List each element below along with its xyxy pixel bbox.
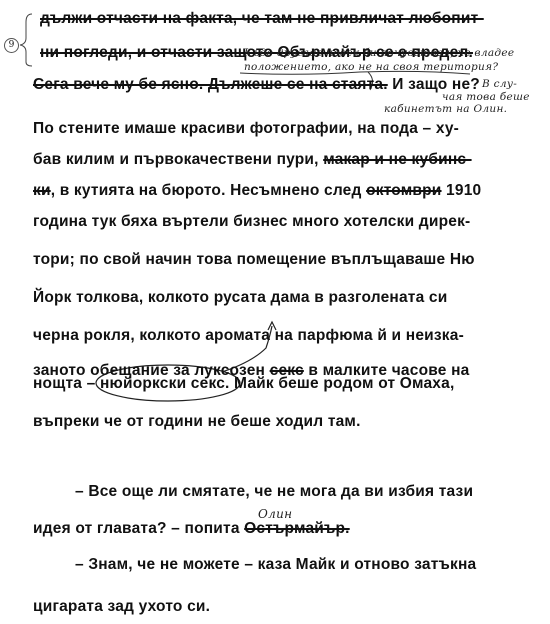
handwritten-note-2a: В слу- (482, 78, 517, 90)
handwritten-note-1b: положението, ако не на своя територия? (244, 61, 498, 73)
bracket-mark (20, 14, 32, 66)
kept-text: идея от главата? – попита (33, 520, 240, 537)
kept-text-2: . Майк беше родом от Омаха, (225, 375, 454, 392)
struck-text: ки (33, 182, 51, 199)
struck-text-2: октомври (366, 182, 441, 199)
struck-line-1: дължи отчасти на факта, че там не привли… (40, 10, 484, 28)
line-14: – Все още ли смятате, че не мога да ви и… (75, 483, 473, 501)
line-16: – Знам, че не можете – каза Майк и отнов… (75, 556, 476, 574)
line-8: тори; по свой начин това помещение въплъ… (33, 251, 475, 269)
line-15: идея от главата? – попита Остърмайър. (33, 520, 350, 538)
kept-text: бав килим и първокачествени пури, (33, 151, 319, 168)
line-3: Сега вече му бе ясно. Дължеше се на стая… (33, 76, 480, 94)
struck-text: Остърмайър. (244, 520, 350, 537)
line-12: нощта – нюйоркски секс. Майк беше родом … (33, 375, 454, 393)
line-10: черна рокля, колкото аромата на парфюма … (33, 327, 464, 345)
line-4: По стените имаше красиви фотографии, на … (33, 120, 459, 138)
line-7: година тук бяха въртели бизнес много хот… (33, 213, 470, 231)
struck-text: макар и не кубинс- (323, 151, 471, 168)
line-6: ки, в кутията на бюрото. Несъмнено след … (33, 182, 481, 200)
margin-number: 9 (4, 38, 19, 53)
handwritten-note-1a: Къде другаде човек би почувствал, че вла… (244, 47, 514, 59)
kept-text: нощта – (33, 375, 95, 392)
kept-text-2: 1910 (446, 182, 481, 199)
line-9: Йорк толкова, колкото русата дама в разг… (33, 289, 447, 307)
line-5: бав килим и първокачествени пури, макар … (33, 151, 472, 169)
line-13: въпреки че от години не беше ходил там. (33, 413, 361, 431)
struck-text: Сега вече му бе ясно. Дължеше се на стая… (33, 76, 388, 93)
kept-text: , в кутията на бюрото. Несъмнено след (51, 182, 362, 199)
circled-phrase: нюйоркски секс (100, 375, 225, 392)
handwritten-name-correction: Олин (258, 507, 292, 521)
line-17: цигарата зад ухото си. (33, 598, 210, 616)
handwritten-note-2c: кабинетът на Олин. (384, 103, 507, 115)
handwritten-note-2b: чая това беше (442, 91, 530, 103)
